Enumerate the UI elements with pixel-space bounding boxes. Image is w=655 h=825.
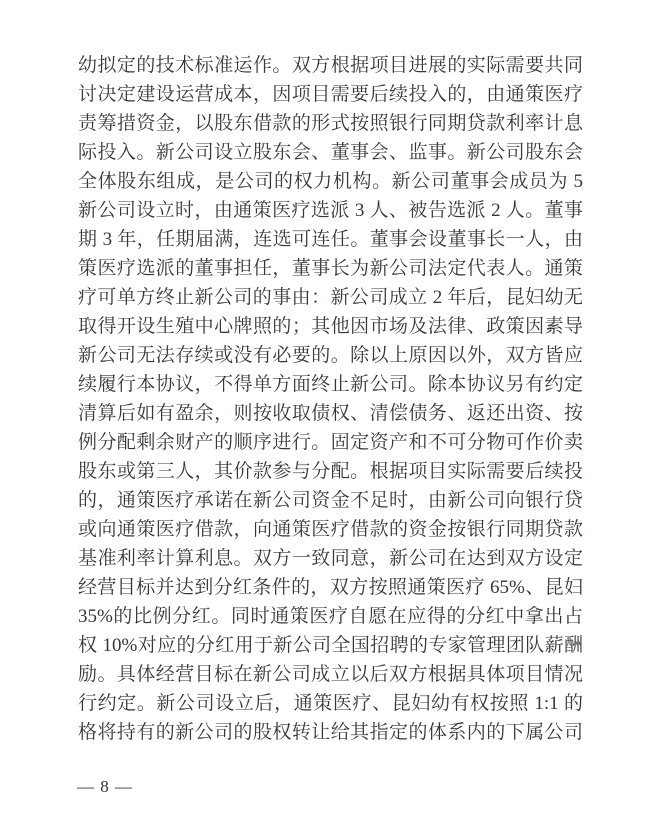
text-line: 疗可单方终止新公司的事由：新公司成立 2 年后，昆妇幼无法 xyxy=(78,283,583,312)
text-line: 讨决定建设运营成本，因项目需要后续投入的，由通策医疗负 xyxy=(78,80,583,109)
text-line: 续履行本协议，不得单方面终止新公司。除本协议另有约定外， xyxy=(78,370,583,399)
text-line: 经营目标并达到分红条件的，双方按照通策医疗 65%、昆妇幼 xyxy=(78,573,583,602)
text-line: 幼拟定的技术标准运作。双方根据项目进展的实际需要共同探 xyxy=(78,51,583,80)
body-text: 幼拟定的技术标准运作。双方根据项目进展的实际需要共同探讨决定建设运营成本，因项目… xyxy=(78,51,583,747)
page-number: — 8 — xyxy=(77,776,133,798)
text-line: 策医疗选派的董事担任，董事长为新公司法定代表人。通策医 xyxy=(78,254,583,283)
text-line: 格将持有的新公司的股权转让给其指定的体系内的下属公司和 xyxy=(78,718,583,747)
text-line: 责筹措资金，以股东借款的形式按照银行同期贷款利率计息实 xyxy=(78,109,583,138)
text-line: 基准利率计算利息。双方一致同意，新公司在达到双方设定的 xyxy=(78,544,583,573)
text-line: 例分配剩余财产的顺序进行。固定资产和不可分物可作价卖给 xyxy=(78,428,583,457)
text-line: 或向通策医疗借款，向通策医疗借款的资金按银行同期贷款的 xyxy=(78,515,583,544)
text-line: 期 3 年，任期届满，连选可连任。董事会设董事长一人，由通 xyxy=(78,225,583,254)
text-line: 权 10%对应的分红用于新公司全国招聘的专家管理团队薪酬激 xyxy=(78,631,583,660)
text-line: 新公司设立时，由通策医疗选派 3 人、被告选派 2 人。董事任 xyxy=(78,196,583,225)
document-page: 幼拟定的技术标准运作。双方根据项目进展的实际需要共同探讨决定建设运营成本，因项目… xyxy=(0,0,655,825)
text-line: 际投入。新公司设立股东会、董事会、监事。新公司股东会由 xyxy=(78,138,583,167)
text-line: 励。具体经营目标在新公司成立以后双方根据具体项目情况另 xyxy=(78,660,583,689)
text-line: 股东或第三人，其价款参与分配。根据项目实际需要后续投入 xyxy=(78,457,583,486)
text-line: 35%的比例分红。同时通策医疗自愿在应得的分红中拿出占总股 xyxy=(78,602,583,631)
text-line: 清算后如有盈余，则按收取债权、清偿债务、返还出资、按比 xyxy=(78,399,583,428)
text-line: 全体股东组成，是公司的权力机构。新公司董事会成员为 5 人， xyxy=(78,167,583,196)
text-line: 的，通策医疗承诺在新公司资金不足时，由新公司向银行贷款 xyxy=(78,486,583,515)
text-line: 行约定。新公司设立后，通策医疗、昆妇幼有权按照 1:1 的价 xyxy=(78,689,583,718)
text-line: 取得开设生殖中心牌照的；其他因市场及法律、政策因素导致 xyxy=(78,312,583,341)
text-line: 新公司无法存续或没有必要的。除以上原因以外，双方皆应继 xyxy=(78,341,583,370)
